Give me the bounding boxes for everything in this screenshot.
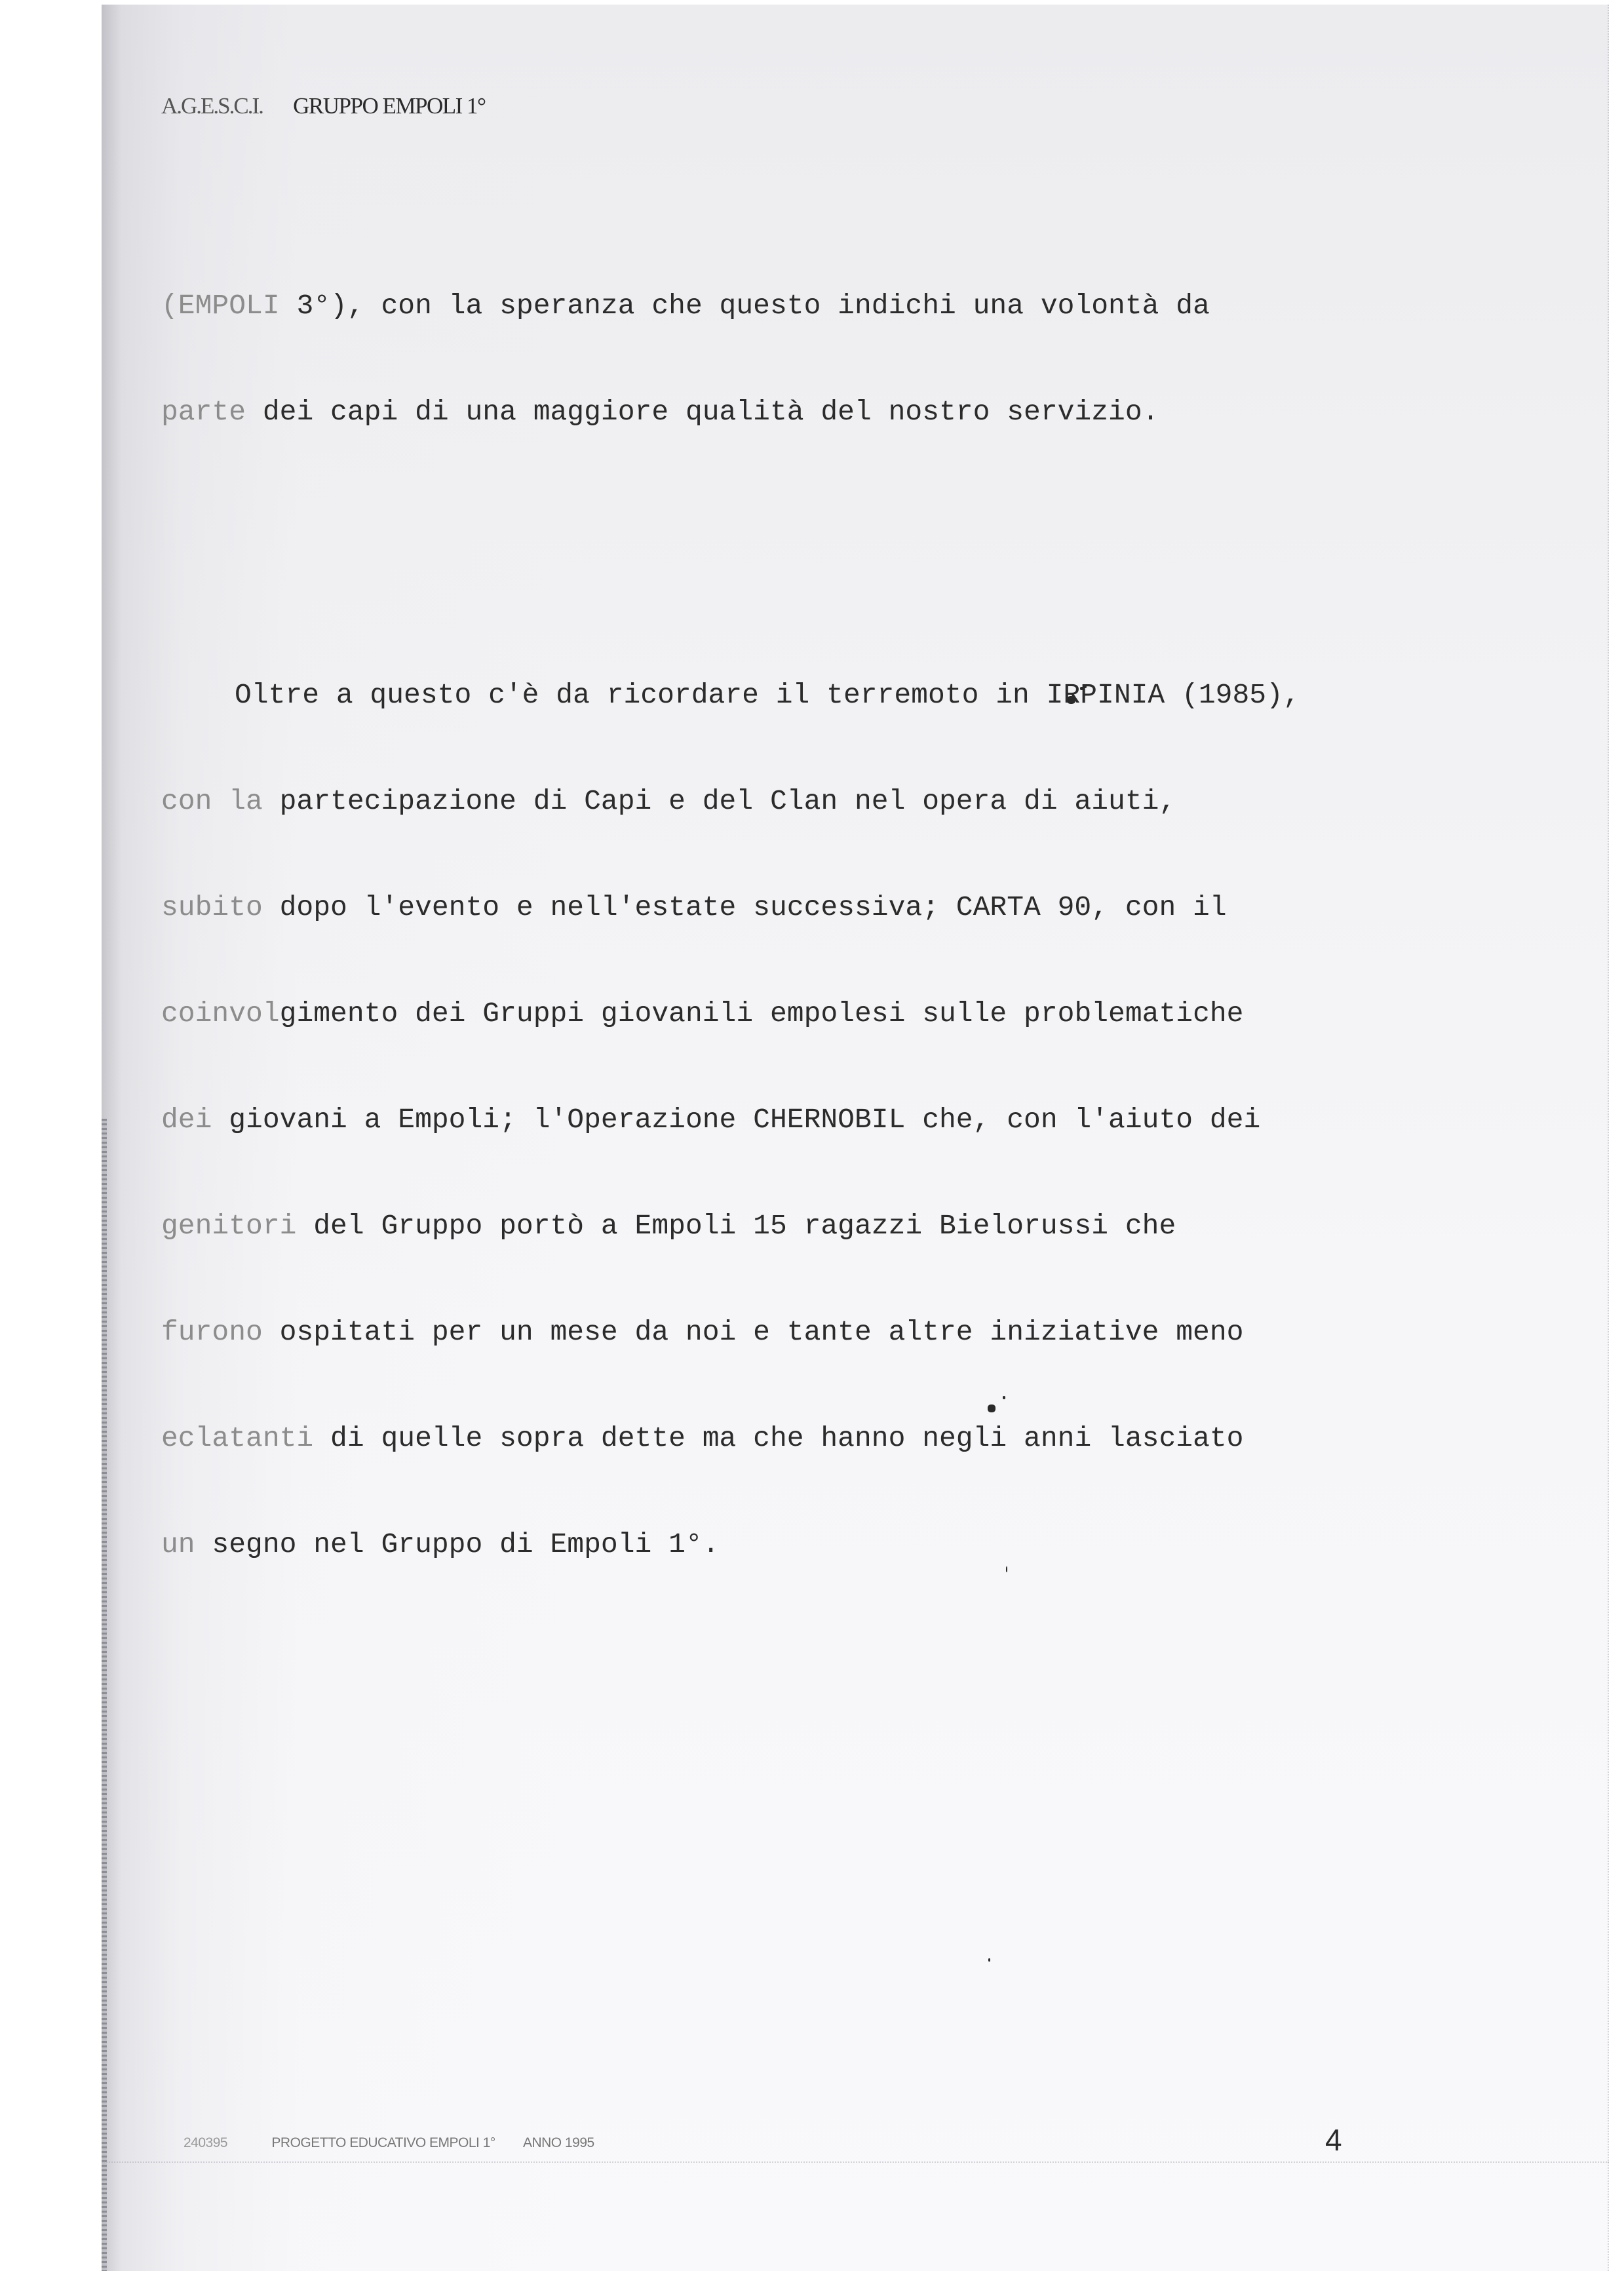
text-line: parte dei capi di una maggiore qualità d… [161, 395, 1300, 430]
text-line: eclatanti di quelle sopra dette ma che h… [161, 1421, 1300, 1456]
faded-text: coinvol [161, 998, 280, 1030]
organization-name: A.G.E.S.C.I. [161, 93, 263, 119]
ink-speck [988, 1405, 996, 1412]
text-line: subito dopo l'evento e nell'estate succe… [161, 890, 1300, 925]
scan-edge-shadow [102, 1119, 107, 2271]
text-line: genitori del Gruppo portò a Empoli 15 ra… [161, 1209, 1300, 1244]
paragraph-1: (EMPOLI 3°), con la speranza che questo … [161, 218, 1300, 501]
line-text: partecipazione di Capi e del Clan nel op… [263, 785, 1176, 817]
ink-speck [988, 1958, 990, 1962]
faded-text: (EMPOLI [161, 290, 280, 322]
footer-year: ANNO 1995 [523, 2135, 594, 2150]
text-line: un segno nel Gruppo di Empoli 1°. [161, 1527, 1300, 1562]
ink-speck [1003, 1396, 1005, 1399]
line-text: del Gruppo portò a Empoli 15 ragazzi Bie… [296, 1210, 1176, 1242]
faded-text: eclatanti [161, 1422, 313, 1454]
faded-text: con la [161, 785, 263, 817]
faded-text: dei [161, 1104, 212, 1136]
text-line: (EMPOLI 3°), con la speranza che questo … [161, 288, 1300, 324]
line-text: di quelle sopra dette ma che hanno negli… [313, 1422, 1243, 1454]
page-header: A.G.E.S.C.I. GRUPPO EMPOLI 1° [161, 93, 486, 119]
text-line: furono ospitati per un mese da noi e tan… [161, 1315, 1300, 1350]
group-name: GRUPPO EMPOLI 1° [293, 93, 485, 119]
line-text: ospitati per un mese da noi e tante altr… [263, 1316, 1244, 1348]
text-line: con la partecipazione di Capi e del Clan… [161, 784, 1300, 819]
footer-divider [102, 2161, 1609, 2163]
line-text: 3°), con la speranza che questo indichi … [280, 290, 1210, 322]
page-footer: 240395 PROGETTO EDUCATIVO EMPOLI 1° ANNO… [184, 2135, 594, 2151]
line-text: dopo l'evento e nell'estate successiva; … [263, 891, 1227, 923]
ink-speck [1067, 696, 1075, 704]
footer-code: 240395 [184, 2135, 227, 2150]
page-number: 4 [1325, 2122, 1342, 2158]
ink-speck [1006, 1566, 1007, 1572]
ink-speck [1083, 686, 1087, 688]
text-line: Oltre a questo c'è da ricordare il terre… [161, 678, 1300, 713]
paragraph-2: Oltre a questo c'è da ricordare il terre… [161, 607, 1300, 1633]
text-line: coinvolgimento dei Gruppi giovanili empo… [161, 996, 1300, 1032]
footer-title: PROGETTO EDUCATIVO EMPOLI 1° [271, 2135, 495, 2150]
line-text: dei capi di una maggiore qualità del nos… [246, 396, 1159, 428]
line-text: gimento dei Gruppi giovanili empolesi su… [280, 998, 1244, 1030]
line-text: segno nel Gruppo di Empoli 1°. [195, 1528, 720, 1560]
faded-text: subito [161, 891, 263, 923]
line-text: Oltre a questo c'è da ricordare il terre… [235, 679, 1300, 711]
faded-text: genitori [161, 1210, 296, 1242]
line-text: giovani a Empoli; l'Operazione CHERNOBIL… [212, 1104, 1260, 1136]
text-line: dei giovani a Empoli; l'Operazione CHERN… [161, 1102, 1300, 1138]
faded-text: un [161, 1528, 195, 1560]
body-text: (EMPOLI 3°), con la speranza che questo … [161, 147, 1300, 1669]
faded-text: parte [161, 396, 246, 428]
faded-text: furono [161, 1316, 263, 1348]
